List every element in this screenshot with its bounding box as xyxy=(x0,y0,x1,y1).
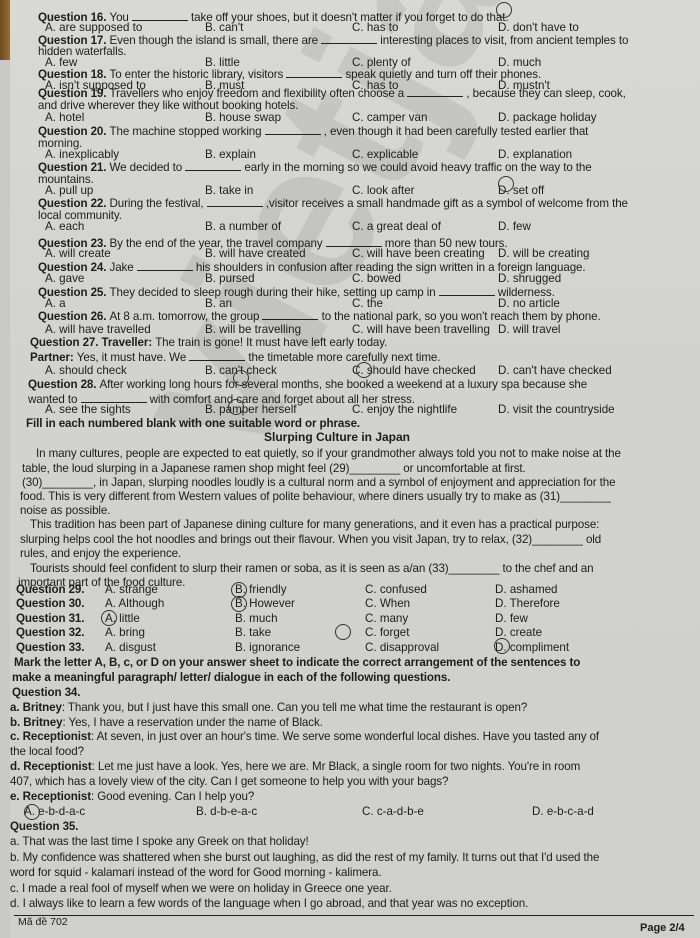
arrangement-item-continuation: 407, which has a lovely view of the city… xyxy=(10,775,448,788)
arrangement-item: d. Receptionist: Let me just have a look… xyxy=(10,760,580,773)
arrangement-item: b. My confidence was shattered when she … xyxy=(10,851,599,864)
answer-blank xyxy=(439,285,495,296)
answer-blank xyxy=(185,160,241,171)
answer-option: A. Although xyxy=(105,597,164,610)
answer-option: C. camper van xyxy=(352,111,427,124)
answer-option: B. friendly xyxy=(235,583,287,596)
question-label: Question 32. xyxy=(16,626,84,639)
question-stem: Question 22. During the festival, ,visit… xyxy=(38,196,628,210)
answer-blank xyxy=(321,33,377,44)
passage-line: slurping helps cool the hot noodles and … xyxy=(20,533,601,546)
answer-blank xyxy=(132,10,188,21)
answer-option: D. will be creating xyxy=(498,247,590,260)
answer-option: C. confused xyxy=(365,583,427,596)
answer-option: B. can't check xyxy=(205,364,277,377)
question-label: Question 35. xyxy=(10,820,78,833)
speaker-label: a. Britney xyxy=(10,701,62,714)
question-label: Question 31. xyxy=(16,612,84,625)
answer-option: A. little xyxy=(105,612,140,625)
answer-blank xyxy=(262,309,318,320)
passage-line: table, the loud slurping in a Japanese r… xyxy=(22,462,526,475)
answer-option: D. e-b-c-a-d xyxy=(532,805,594,818)
answer-blank xyxy=(286,67,342,78)
answer-option: C. When xyxy=(365,597,410,610)
question-stem: Question 25. They decided to sleep rough… xyxy=(38,285,555,299)
answer-option: C. c-a-d-b-e xyxy=(362,805,424,818)
answer-blank xyxy=(137,260,193,271)
answer-option: B. will be travelling xyxy=(205,323,301,336)
answer-option: C. enjoy the nightlife xyxy=(352,403,457,416)
answer-option: A. bring xyxy=(105,626,145,639)
answer-option: D. Therefore xyxy=(495,597,560,610)
passage-line: food. This is very different from Wester… xyxy=(20,490,611,503)
answer-blank xyxy=(326,236,382,247)
question-label: Question 29. xyxy=(16,583,84,596)
answer-option: B. pursed xyxy=(205,272,255,285)
speaker-label: e. Receptionist xyxy=(10,790,91,803)
question-stem: Question 26. At 8 a.m. tomorrow, the gro… xyxy=(38,309,601,323)
question-label: Question 34. xyxy=(12,686,80,699)
answer-option: A. see the sights xyxy=(45,403,131,416)
answer-option: C. a great deal of xyxy=(352,220,441,233)
answer-option: D. create xyxy=(495,626,542,639)
passage-line: This tradition has been part of Japanese… xyxy=(30,518,599,531)
question-stem: Question 20. The machine stopped working… xyxy=(38,124,588,138)
arrangement-item: d. I always like to learn a few words of… xyxy=(10,897,528,910)
answer-option: D. package holiday xyxy=(498,111,597,124)
section-instruction: Mark the letter A, B, c, or D on your an… xyxy=(14,656,580,669)
answer-blank xyxy=(407,86,463,97)
answer-option: B. house swap xyxy=(205,111,281,124)
passage-line: (30)________, in Japan, slurping noodles… xyxy=(22,476,615,489)
passage-line: In many cultures, people are expected to… xyxy=(36,447,621,460)
answer-option: D. few xyxy=(495,612,528,625)
arrangement-item: b. Britney: Yes, I have a reservation un… xyxy=(10,716,323,729)
footer-rule xyxy=(14,915,694,916)
answer-option: A. hotel xyxy=(45,111,84,124)
arrangement-item: c. I made a real fool of myself when we … xyxy=(10,882,392,895)
answer-option: C. bowed xyxy=(352,272,401,285)
question-label: Question 33. xyxy=(16,641,84,654)
passage-line: Tourists should feel confident to slurp … xyxy=(30,562,594,575)
answer-option: D. ashamed xyxy=(495,583,558,596)
answer-blank xyxy=(207,196,263,207)
page-number: Page 2/4 xyxy=(640,922,685,934)
answer-option: C. many xyxy=(365,612,408,625)
passage-line: rules, and enjoy the experience. xyxy=(20,547,181,560)
answer-option: D. can't have checked xyxy=(498,364,612,377)
answer-option: C. should have checked xyxy=(352,364,476,377)
answer-option: D. few xyxy=(498,220,531,233)
answer-option: C. will have been creating xyxy=(352,247,485,260)
answer-option: B. take xyxy=(235,626,271,639)
question-stem: Question 19. Travellers who enjoy freedo… xyxy=(38,86,626,100)
answer-blank xyxy=(81,392,147,403)
question-stem: Question 27. Traveller: The train is gon… xyxy=(30,336,387,349)
arrangement-item: word for squid - kalamari instead of the… xyxy=(10,866,382,879)
section-instruction: Fill in each numbered blank with one sui… xyxy=(26,417,360,430)
answer-option: A. disgust xyxy=(105,641,156,654)
arrangement-item: a. That was the last time I spoke any Gr… xyxy=(10,835,309,848)
answer-option: A. will have travelled xyxy=(45,323,151,336)
passage-line: noise as possible. xyxy=(20,504,110,517)
question-stem: Question 21. We decided to early in the … xyxy=(38,160,592,174)
arrangement-item: e. Receptionist: Good evening. Can I hel… xyxy=(10,790,254,803)
answer-option: B. d-b-e-a-c xyxy=(196,805,257,818)
speaker-label: c. Receptionist xyxy=(10,730,91,743)
arrangement-item: c. Receptionist: At seven, in just over … xyxy=(10,730,599,743)
answer-option: B. will have created xyxy=(205,247,306,260)
passage-title: Slurping Culture in Japan xyxy=(264,430,410,444)
answer-option: A. e-b-d-a-c xyxy=(24,805,85,818)
question-label: Question 30. xyxy=(16,597,84,610)
answer-option: A. strange xyxy=(105,583,158,596)
answer-option: B. pamper herself xyxy=(205,403,297,416)
answer-option: D. visit the countryside xyxy=(498,403,615,416)
answer-option: B. ignorance xyxy=(235,641,300,654)
dialogue-line: Partner: Yes, it must have. We the timet… xyxy=(30,350,440,364)
question-stem: Question 17. Even though the island is s… xyxy=(38,33,628,47)
answer-blank xyxy=(265,124,321,135)
answer-blank xyxy=(189,350,245,361)
answer-option: C. forget xyxy=(365,626,409,639)
answer-option: A. should check xyxy=(45,364,127,377)
exam-code: Mã đề 702 xyxy=(18,916,68,928)
question-stem: Question 28. After working long hours fo… xyxy=(28,378,587,391)
answer-option: D. will travel xyxy=(498,323,561,336)
answer-option: C. disapproval xyxy=(365,641,439,654)
arrangement-item-continuation: the local food? xyxy=(10,745,84,758)
speaker-label: b. Britney xyxy=(10,716,62,729)
answer-option: A. gave xyxy=(45,272,84,285)
answer-option: B. a number of xyxy=(205,220,281,233)
answer-option: A. each xyxy=(45,220,84,233)
answer-option: D. compliment xyxy=(495,641,569,654)
answer-option: A. will create xyxy=(45,247,111,260)
answer-option: C. will have been travelling xyxy=(352,323,490,336)
answer-option: B. much xyxy=(235,612,278,625)
answer-option: B. However xyxy=(235,597,295,610)
answer-option: D. shrugged xyxy=(498,272,561,285)
speaker-label: d. Receptionist xyxy=(10,760,92,773)
arrangement-item: a. Britney: Thank you, but I just have t… xyxy=(10,701,527,714)
section-instruction: make a meaningful paragraph/ letter/ dia… xyxy=(12,671,450,684)
question-label: Question 26. xyxy=(38,310,110,323)
